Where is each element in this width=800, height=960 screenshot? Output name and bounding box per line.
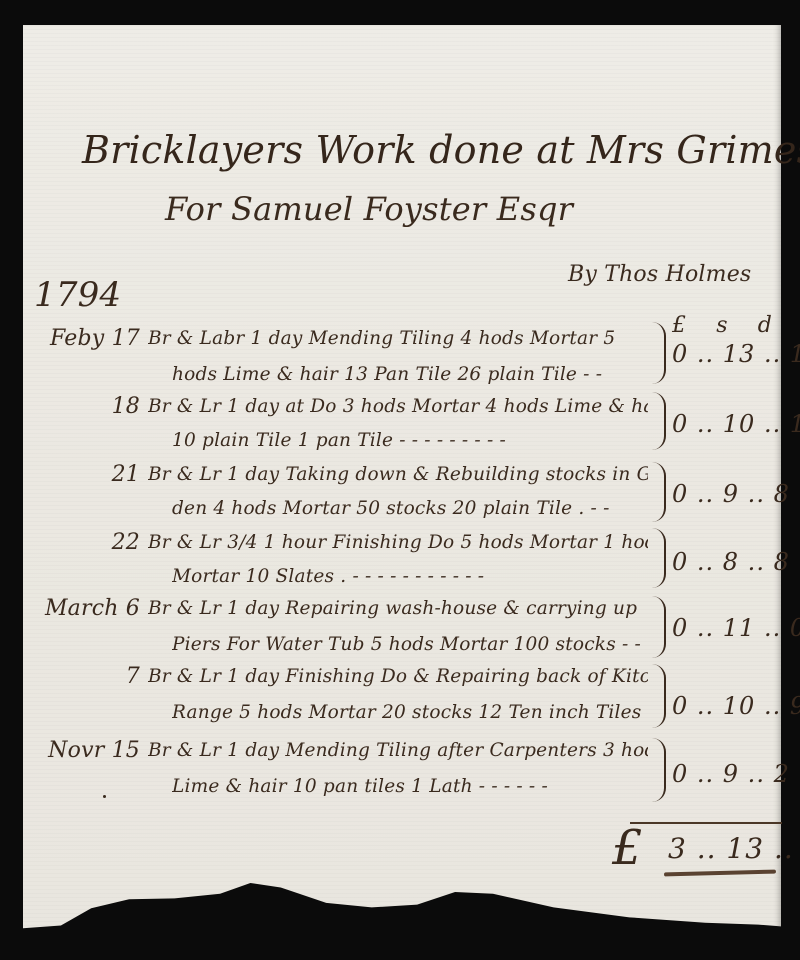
document-author: By Thos Holmes <box>568 262 751 287</box>
brace <box>650 392 666 450</box>
pence-header: d <box>758 313 772 338</box>
entry-line: Br & Lr 3/4 1 hour Finishing Do 5 hods M… <box>148 532 648 553</box>
entry-line: 10 plain Tile 1 pan Tile - - - - - - - -… <box>172 430 648 451</box>
brace <box>650 322 666 384</box>
brace <box>650 664 666 728</box>
entry-line: Br & Lr 1 day at Do 3 hods Mortar 4 hods… <box>148 396 648 417</box>
entry-date: Novr 15 <box>32 738 140 763</box>
entry-line: Piers For Water Tub 5 hods Mortar 100 st… <box>172 634 648 655</box>
document-title: Bricklayers Work done at Mrs Grimes's <box>82 128 800 172</box>
brace <box>650 462 666 522</box>
entry-amount: 0 .. 9 .. 8 <box>672 480 782 508</box>
brace <box>650 738 666 802</box>
entry-line: Br & Lr 1 day Repairing wash-house & car… <box>148 598 648 619</box>
entry-amount: 0 .. 13 .. 11 <box>672 340 782 368</box>
total-rule <box>630 822 782 824</box>
entry-line: Lime & hair 10 pan tiles 1 Lath - - - - … <box>172 776 648 797</box>
entry-date: 7 <box>32 664 140 689</box>
document-year: 1794 <box>34 275 121 315</box>
currency-header: £ s d <box>672 313 772 338</box>
entry-line: Br & Lr 1 day Finishing Do & Repairing b… <box>148 666 648 687</box>
shillings-header: s <box>716 313 728 338</box>
ink-dot <box>103 795 106 798</box>
entry-date: 22 <box>32 530 140 555</box>
brace <box>650 528 666 588</box>
entry-line: Br & Lr 1 day Mending Tiling after Carpe… <box>148 740 648 761</box>
pounds-header: £ <box>672 313 686 338</box>
total-amount: 3 .. 13 .. 3 <box>668 832 800 865</box>
entry-line: den 4 hods Mortar 50 stocks 20 plain Til… <box>172 498 648 519</box>
brace <box>650 596 666 658</box>
entry-date: 18 <box>32 394 140 419</box>
entry-line: Mortar 10 Slates . - - - - - - - - - - - <box>172 566 648 587</box>
entry-date: Feby 17 <box>32 326 140 351</box>
document-subtitle: For Samuel Foyster Esqr <box>165 190 573 228</box>
entry-amount: 0 .. 11 .. 0 <box>672 614 782 642</box>
entry-date: 21 <box>32 462 140 487</box>
entry-line: Br & Labr 1 day Mending Tiling 4 hods Mo… <box>148 328 648 349</box>
entry-line: hods Lime & hair 13 Pan Tile 26 plain Ti… <box>172 364 648 385</box>
entry-amount: 0 .. 10 .. 1 <box>672 410 782 438</box>
entry-amount: 0 .. 10 .. 9 <box>672 692 782 720</box>
pound-sign-icon: £ <box>612 820 643 876</box>
entry-amount: 0 .. 9 .. 2 <box>672 760 782 788</box>
entry-amount: 0 .. 8 .. 8 <box>672 548 782 576</box>
entry-date: March 6 <box>32 596 140 621</box>
entry-line: Range 5 hods Mortar 20 stocks 12 Ten inc… <box>172 702 648 723</box>
entry-line: Br & Lr 1 day Taking down & Rebuilding s… <box>148 464 648 485</box>
